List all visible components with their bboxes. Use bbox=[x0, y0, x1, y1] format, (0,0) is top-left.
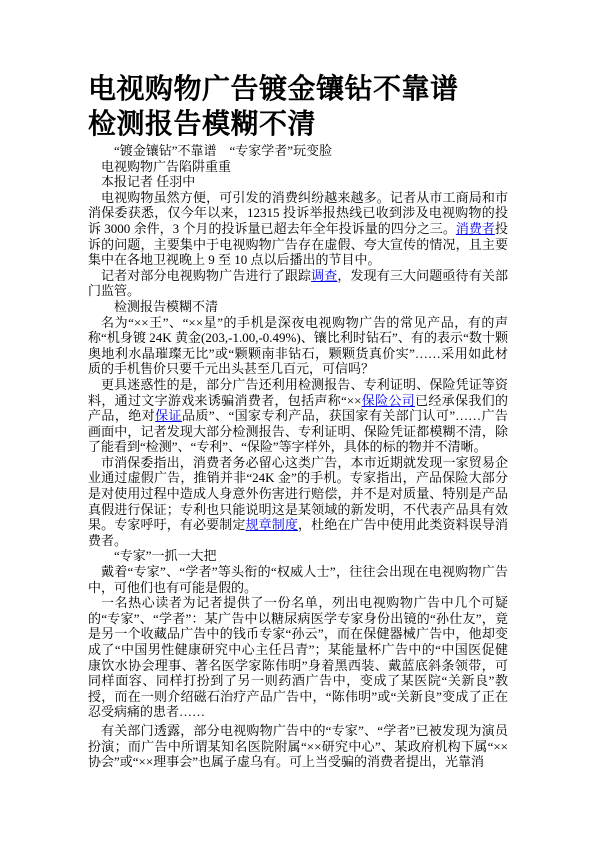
text-run: 一名热心读者为记者提供了一份名单，列出电视购物广告中几个可疑的“专家”、“学者”… bbox=[88, 595, 508, 719]
text-run: 电视购物虽然方便，可引发的消费纠纷越来越多。记者从市工商局和市消保委获悉，仅今年… bbox=[88, 190, 508, 236]
paragraph: 戴着“专家”、“学者”等头衔的“权威人士”，往往会出现在电视购物广告中，可他们也… bbox=[88, 564, 508, 595]
article-title: 电视购物广告镀金镶钻不靠谱 检测报告模糊不清 bbox=[88, 72, 508, 142]
text-run: 检测报告模糊不清 bbox=[114, 299, 218, 314]
byline-line-2: 电视购物广告陷阱重重 bbox=[88, 159, 508, 175]
article-body: 电视购物虽然方便，可引发的消费纠纷越来越多。记者从市工商局和市消保委获悉，仅今年… bbox=[88, 190, 508, 770]
text-run: 有关部门透露，部分电视购物广告中的“专家”、“学者”已被发现为演员扮演；而广告中… bbox=[88, 723, 508, 769]
byline-line-1: “镀金镶钻”不靠谱 “专家学者”玩变脸 bbox=[88, 143, 508, 159]
text-run: “专家”一抓一大把 bbox=[114, 548, 217, 563]
text-run: 名为“××王”、“××星”的手机是深夜电视购物广告的常见产品，有的声称“机身镀 … bbox=[88, 315, 508, 377]
section-heading: 检测报告模糊不清 bbox=[88, 299, 508, 315]
inline-link[interactable]: 调查 bbox=[311, 268, 337, 283]
inline-link[interactable]: 消费者 bbox=[456, 221, 495, 236]
byline-line-3: 本报记者 任羽中 bbox=[88, 174, 508, 190]
document-page: 电视购物广告镀金镶钻不靠谱 检测报告模糊不清 “镀金镶钻”不靠谱 “专家学者”玩… bbox=[0, 0, 595, 842]
paragraph: 名为“××王”、“××星”的手机是深夜电视购物广告的常见产品，有的声称“机身镀 … bbox=[88, 315, 508, 377]
paragraph: 一名热心读者为记者提供了一份名单，列出电视购物广告中几个可疑的“专家”、“学者”… bbox=[88, 595, 508, 720]
paragraph: 有关部门透露，部分电视购物广告中的“专家”、“学者”已被发现为演员扮演；而广告中… bbox=[88, 723, 508, 770]
text-run: 戴着“专家”、“学者”等头衔的“权威人士”，往往会出现在电视购物广告中，可他们也… bbox=[88, 564, 508, 595]
paragraph: 电视购物虽然方便，可引发的消费纠纷越来越多。记者从市工商局和市消保委获悉，仅今年… bbox=[88, 190, 508, 268]
paragraph: 更具迷惑性的是，部分广告还利用检测报告、专利证明、保险凭证等资料，通过文字游戏来… bbox=[88, 377, 508, 455]
section-heading: “专家”一抓一大把 bbox=[88, 548, 508, 564]
paragraph: 记者对部分电视购物广告进行了跟踪调查，发现有三大问题亟待有关部门监管。 bbox=[88, 268, 508, 299]
inline-link[interactable]: 保证 bbox=[155, 408, 182, 423]
inline-link[interactable]: 规章制度 bbox=[246, 517, 299, 532]
inline-link[interactable]: 保险公司 bbox=[361, 393, 415, 408]
byline: “镀金镶钻”不靠谱 “专家学者”玩变脸 电视购物广告陷阱重重 本报记者 任羽中 bbox=[88, 143, 508, 190]
text-run: 记者对部分电视购物广告进行了跟踪 bbox=[101, 268, 311, 283]
paragraph: 市消保委指出，消费者务必留心这类广告，本市近期就发现一家贸易企业通过虚假广告，推… bbox=[88, 455, 508, 549]
